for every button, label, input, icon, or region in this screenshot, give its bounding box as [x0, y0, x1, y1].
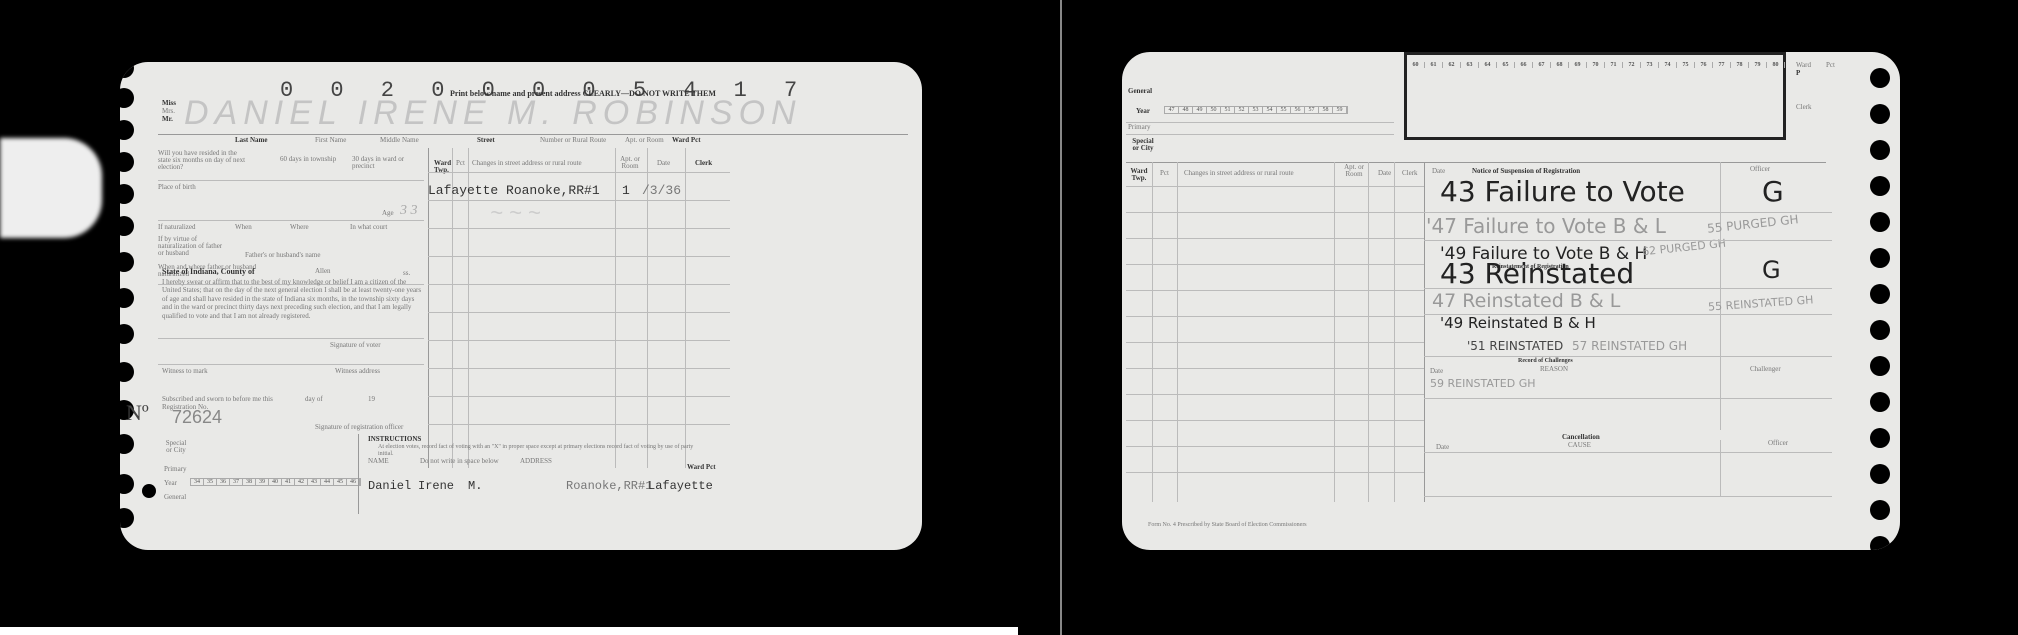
- reinstatement-note-2: 55 REINSTATED GH: [1708, 294, 1814, 312]
- label-ward-pct: Ward Pct: [672, 137, 701, 144]
- reinstatement-entry-2: 47 Reinstated B & L: [1432, 292, 1620, 311]
- typed-township: Lafayette: [648, 480, 713, 492]
- label-first-name: First Name: [315, 137, 346, 144]
- scan-bottom-strip: [0, 627, 1018, 635]
- year-row-left: 47 48 49 50 51 52 53 54 55 56 57 58 59: [1164, 106, 1348, 114]
- typed-address: Roanoke,RR#1: [566, 480, 652, 492]
- apt-entry: 1: [622, 184, 630, 197]
- year-row: 34 35 36 37 38 39 40 41 42 43 44 45 46: [190, 478, 361, 486]
- label-place-of-birth: Place of birth: [158, 184, 196, 191]
- punch-hole-icon: [1870, 176, 1890, 196]
- side-label-ward: Ward: [1796, 62, 1811, 69]
- row-label-general: General: [1128, 88, 1152, 95]
- question-state-residency: Will you have resided in the state six m…: [158, 150, 248, 171]
- punch-hole-icon: [120, 434, 134, 454]
- punch-hole-icon: [1870, 392, 1890, 412]
- header-ward-twp: Ward Twp.: [1128, 168, 1150, 182]
- oath-ss: ss.: [403, 270, 410, 277]
- reinstatement-officer-1: G: [1762, 258, 1781, 282]
- punch-hole-icon: [1870, 320, 1890, 340]
- punch-hole-icon: [120, 474, 134, 494]
- punch-hole-icon: [120, 324, 134, 344]
- header-pct: Pct: [1160, 170, 1169, 177]
- header-date: Date: [657, 160, 670, 167]
- suspension-officer-label: Officer: [1750, 166, 1770, 173]
- challenges-challenger-label: Challenger: [1750, 366, 1781, 373]
- header-address-changes: Changes in street address or rural route: [1184, 170, 1294, 177]
- address-entry: Lafayette Roanoke,RR#1: [428, 184, 600, 197]
- punch-hole-icon: [1870, 68, 1890, 88]
- label-street: Street: [477, 137, 495, 144]
- scan-edge-artifact: [0, 138, 102, 238]
- prefix-mrs: Mrs.: [162, 108, 175, 115]
- label-middle-name: Middle Name: [380, 137, 419, 144]
- punch-hole-icon: [1870, 284, 1890, 304]
- label-last-name: Last Name: [235, 137, 267, 144]
- day-of-label: day of: [305, 396, 323, 403]
- challenges-date-label: Date: [1430, 368, 1443, 375]
- reinstatement-entry-3: '49 Reinstated B & H: [1440, 316, 1596, 331]
- punch-hole-icon: [120, 252, 134, 272]
- suspension-heading: Notice of Suspension of Registration: [1472, 168, 1580, 175]
- label-number: Number or Rural Route: [540, 137, 606, 144]
- side-label-pct: Pct: [1826, 62, 1835, 69]
- row-label-special: Special or City: [164, 440, 188, 454]
- instructions-ward-pct: Ward Pct: [687, 464, 716, 471]
- registration-card-back: General Year Primary Special or City 47 …: [1122, 52, 1900, 550]
- punch-hole-icon: [142, 484, 156, 498]
- suspension-date-label: Date: [1432, 168, 1445, 175]
- label-naturalized: If naturalized: [158, 224, 196, 231]
- punch-hole-icon: [1870, 212, 1890, 232]
- prefix-mr: Mr.: [162, 116, 173, 123]
- label-apt: Apt. or Room: [625, 137, 664, 144]
- row-label-primary: Primary: [164, 466, 187, 473]
- suspension-entry-2: '47 Failure to Vote B & L: [1426, 216, 1666, 236]
- typed-middle-name: M.: [468, 480, 482, 492]
- instructions-name-label: NAME: [368, 458, 389, 465]
- punch-hole-icon: [120, 508, 134, 528]
- suspension-officer-1: G: [1762, 178, 1784, 206]
- cancellation-officer-label: Officer: [1768, 440, 1788, 447]
- frame-divider: [1060, 0, 1062, 635]
- age-value: 3 3: [400, 204, 418, 218]
- typed-last-name: Daniel: [368, 480, 411, 492]
- side-label-p: P: [1796, 70, 1800, 77]
- punch-hole-icon: [1870, 104, 1890, 124]
- signature-voter-label: Signature of voter: [330, 342, 381, 349]
- punch-hole-icon: [120, 216, 134, 236]
- subscribed-label: Subscribed and sworn to before me this: [162, 396, 273, 403]
- punch-hole-icon: [120, 288, 134, 308]
- header-apt-room: Apt. or Room: [620, 156, 640, 170]
- label-father-naturalization: If by virtue of naturalization of father…: [158, 236, 228, 257]
- challenges-entry: 59 REINSTATED GH: [1430, 378, 1536, 389]
- header-clerk: Clerk: [1402, 170, 1418, 177]
- row-label-primary: Primary: [1128, 124, 1151, 131]
- witness-name-label: Witness to mark: [162, 368, 208, 375]
- instructions-heading: INSTRUCTIONS: [368, 436, 421, 443]
- handwritten-name: DANIEL IRENE M. ROBINSON: [184, 96, 802, 130]
- registration-number: 72624: [172, 408, 222, 426]
- punch-hole-icon: [1870, 248, 1890, 268]
- oath-heading: State of Indiana, County of: [162, 268, 255, 276]
- signature-officer-label: Signature of registration officer: [315, 424, 403, 431]
- oath-body: I hereby swear or affirm that to the bes…: [162, 278, 424, 320]
- instructions-do-not-write: Do not write in space below: [420, 458, 499, 465]
- question-township-residency: 60 days in township: [280, 156, 340, 163]
- reinstatement-entry-4: '51 REINSTATED: [1467, 340, 1563, 352]
- reinstatement-note-4: 57 REINSTATED GH: [1572, 340, 1687, 352]
- header-pct: Pct: [456, 160, 465, 167]
- header-address-changes: Changes in street address or rural route: [472, 160, 582, 167]
- punch-hole-icon: [120, 152, 134, 172]
- punch-hole-icon: [1870, 464, 1890, 484]
- punch-hole-icon: [120, 88, 134, 108]
- handwritten-cancel-mark: ~~~: [490, 202, 547, 224]
- punch-hole-icon: [1870, 140, 1890, 160]
- cancellation-date-label: Date: [1436, 444, 1449, 451]
- label-where: Where: [290, 224, 309, 231]
- row-label-year: Year: [1136, 108, 1150, 115]
- label-when: When: [235, 224, 252, 231]
- header-apt-room: Apt. or Room: [1344, 164, 1364, 178]
- reinstatement-entry-1: 43 Reinstated: [1440, 260, 1634, 288]
- punch-hole-icon: [120, 362, 134, 382]
- side-label-clerk: Clerk: [1796, 104, 1812, 111]
- challenges-heading: Record of Challenges: [1518, 358, 1573, 364]
- number-mark: Nº: [126, 402, 149, 424]
- instructions-text: At election votes, record fact of voting…: [378, 444, 708, 457]
- form-footer: Form No. 4 Prescribed by State Board of …: [1148, 522, 1307, 528]
- header-date: Date: [1378, 170, 1391, 177]
- punch-hole-icon: [1870, 356, 1890, 376]
- punch-hole-icon: [120, 120, 134, 140]
- registration-card-front: 0 0 2 0 0 0 0 5 4 1 7 Print below name a…: [120, 62, 922, 550]
- cancellation-cause-label: CAUSE: [1568, 442, 1591, 449]
- punch-hole-icon: [1870, 500, 1890, 520]
- row-label-general: General: [164, 494, 186, 501]
- oath-county-value: Allen: [315, 268, 331, 275]
- date-entry: /3/36: [642, 184, 681, 197]
- prefix-miss: Miss: [162, 100, 176, 107]
- cancellation-heading: Cancellation: [1562, 434, 1600, 441]
- question-ward-residency: 30 days in ward or precinct: [352, 156, 422, 170]
- label-age: Age: [382, 210, 394, 217]
- row-label-special: Special or City: [1130, 138, 1156, 152]
- label-father-name: Father's or husband's name: [245, 252, 320, 259]
- challenges-reason-label: REASON: [1540, 366, 1568, 373]
- label-court: In what court: [350, 224, 387, 231]
- punch-hole-icon: [120, 62, 134, 78]
- punch-hole-icon: [1870, 428, 1890, 448]
- row-label-year: Year: [164, 480, 177, 487]
- typed-first-name: Irene: [418, 480, 454, 492]
- punch-hole-icon: [120, 184, 134, 204]
- punch-hole-icon: [1870, 536, 1890, 550]
- year-row-boxed: 60 61 62 63 64 65 66 67 68 69 70 71 72 7…: [1407, 62, 1785, 68]
- instructions-address-label: ADDRESS: [520, 458, 552, 465]
- witness-address-label: Witness address: [335, 368, 380, 375]
- year-prefix: 19: [368, 396, 375, 403]
- suspension-entry-1: 43 Failure to Vote: [1440, 178, 1685, 206]
- header-clerk: Clerk: [695, 160, 712, 167]
